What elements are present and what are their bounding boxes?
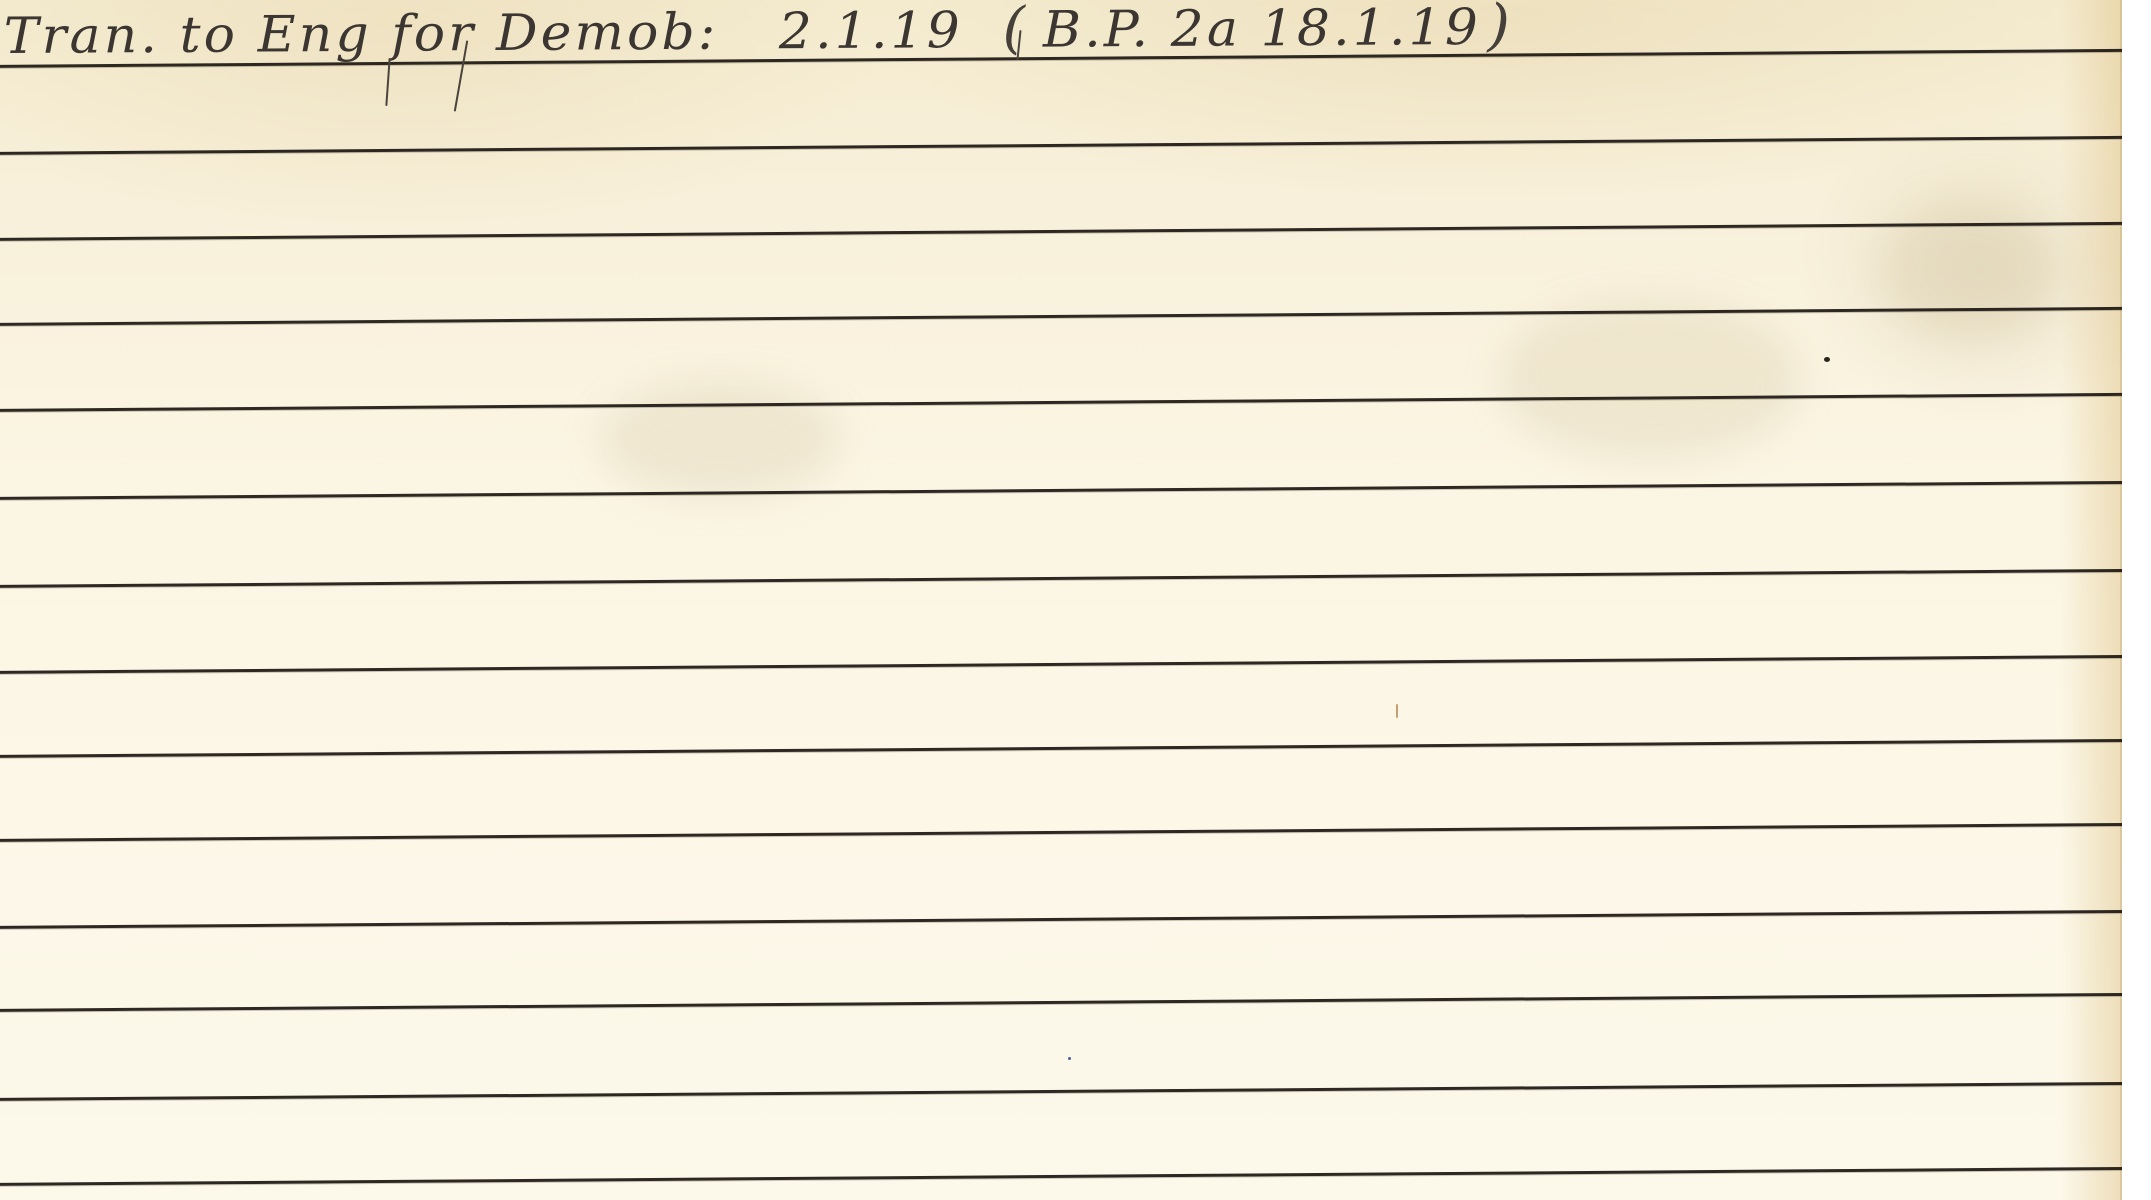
ruled-line-14 [0, 1167, 2122, 1186]
ruled-line-5 [0, 393, 2122, 412]
ruled-lines [0, 0, 2122, 1200]
ruled-line-12 [0, 993, 2122, 1012]
entry-reference: B.P. 2a 18.1.19 [1043, 0, 1482, 65]
entry-date: 2.1.19 [779, 0, 964, 66]
record-card: Tran. to Eng for Demob:2.1.19(B.P. 2a 18… [0, 0, 2122, 1200]
handwritten-entry-line-1: Tran. to Eng for Demob:2.1.19(B.P. 2a 18… [4, 0, 1553, 70]
document-viewport: Tran. to Eng for Demob:2.1.19(B.P. 2a 18… [0, 0, 2151, 1200]
ruled-line-8 [0, 655, 2122, 674]
ruled-line-11 [0, 910, 2122, 929]
ruled-line-7 [0, 569, 2122, 588]
reference-close-paren: ) [1487, 0, 1513, 61]
entry-action: Tran. to Eng for Demob: [4, 0, 719, 71]
ink-speck [1396, 704, 1398, 718]
ruled-line-13 [0, 1082, 2122, 1101]
ruled-line-9 [0, 739, 2122, 758]
ruled-line-2 [0, 136, 2122, 155]
ink-speck [1068, 1057, 1071, 1060]
ruled-line-6 [0, 481, 2122, 500]
ink-speck [1824, 357, 1830, 362]
reference-open-paren: ( [1002, 0, 1028, 64]
ruled-line-4 [0, 307, 2122, 326]
ruled-line-10 [0, 823, 2122, 842]
ruled-line-3 [0, 222, 2122, 241]
